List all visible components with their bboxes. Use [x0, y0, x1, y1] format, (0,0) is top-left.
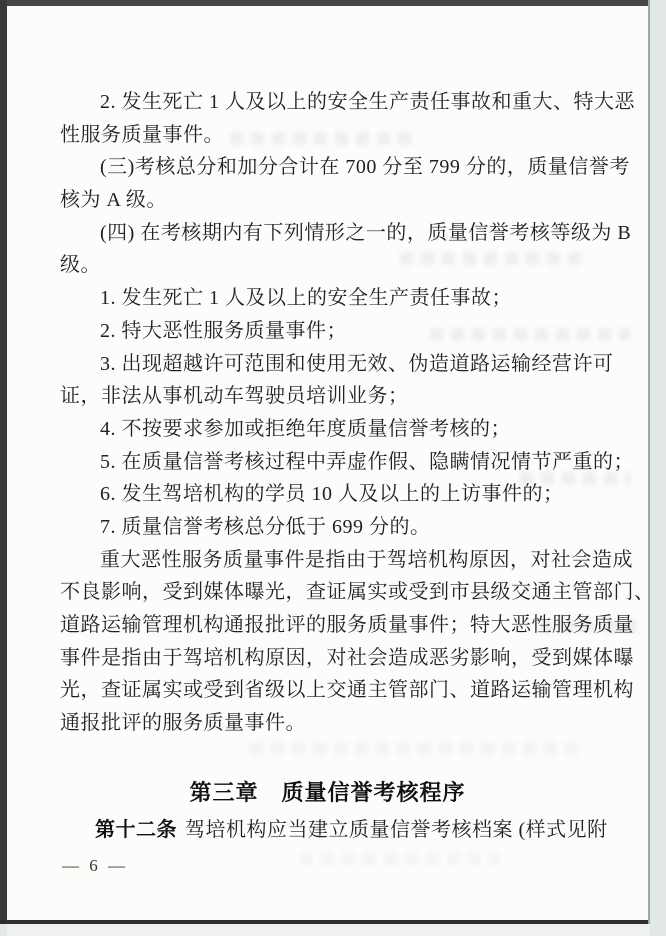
- body-line: 道路运输管理机构通报批评的服务质量事件；特大恶性服务质量: [60, 609, 620, 642]
- page-number: — 6 —: [62, 856, 128, 876]
- article-12-text: 驾培机构应当建立质量信誉考核档案 (样式见附: [185, 819, 608, 841]
- body-line: 性服务质量事件。: [60, 119, 620, 152]
- body-line: 2. 特大恶性服务质量事件；: [60, 315, 620, 348]
- body-line: 3. 出现超越许可范围和使用无效、伪造道路运输经营许可: [60, 348, 620, 381]
- body-line: (三)考核总分和加分合计在 700 分至 799 分的，质量信誉考: [60, 151, 620, 184]
- body-line: 级。: [60, 249, 620, 282]
- body-line: 2. 发生死亡 1 人及以上的安全生产责任事故和重大、特大恶: [60, 86, 620, 119]
- body-line: 通报批评的服务质量事件。: [60, 707, 620, 740]
- scan-edge-top: [0, 0, 650, 6]
- body-line: 6. 发生驾培机构的学员 10 人及以上的上访事件的；: [60, 478, 620, 511]
- scanned-document-page: 2. 发生死亡 1 人及以上的安全生产责任事故和重大、特大恶性服务质量事件。(三…: [0, 0, 666, 936]
- body-line: 重大恶性服务质量事件是指由于驾培机构原因，对社会造成: [60, 544, 620, 577]
- body-line: 光，查证属实或受到省级以上交通主管部门、道路运输管理机构: [60, 674, 620, 707]
- body-line: 证，非法从事机动车驾驶员培训业务；: [60, 380, 620, 413]
- scan-edge-left: [0, 0, 7, 924]
- body-line: (四) 在考核期内有下列情形之一的，质量信誉考核等级为 B: [60, 217, 620, 250]
- scan-margin-right: [650, 0, 666, 936]
- article-12-line: 第十二条驾培机构应当建立质量信誉考核档案 (样式见附: [95, 813, 608, 842]
- body-line: 4. 不按要求参加或拒绝年度质量信誉考核的；: [60, 413, 620, 446]
- body-line: 核为 A 级。: [60, 184, 620, 217]
- body-line: 5. 在质量信誉考核过程中弄虚作假、隐瞒情况情节严重的；: [60, 446, 620, 479]
- article-12-label: 第十二条: [95, 819, 177, 841]
- scan-margin-bottom: [7, 924, 650, 936]
- body-text: 2. 发生死亡 1 人及以上的安全生产责任事故和重大、特大恶性服务质量事件。(三…: [60, 86, 620, 740]
- body-line: 7. 质量信誉考核总分低于 699 分的。: [60, 511, 620, 544]
- chapter-heading: 第三章 质量信誉考核程序: [7, 776, 648, 807]
- body-line: 1. 发生死亡 1 人及以上的安全生产责任事故；: [60, 282, 620, 315]
- body-line: 事件是指由于驾培机构原因，对社会造成恶劣影响，受到媒体曝: [60, 642, 620, 675]
- body-line: 不良影响，受到媒体曝光，查证属实或受到市县级交通主管部门、: [60, 576, 620, 609]
